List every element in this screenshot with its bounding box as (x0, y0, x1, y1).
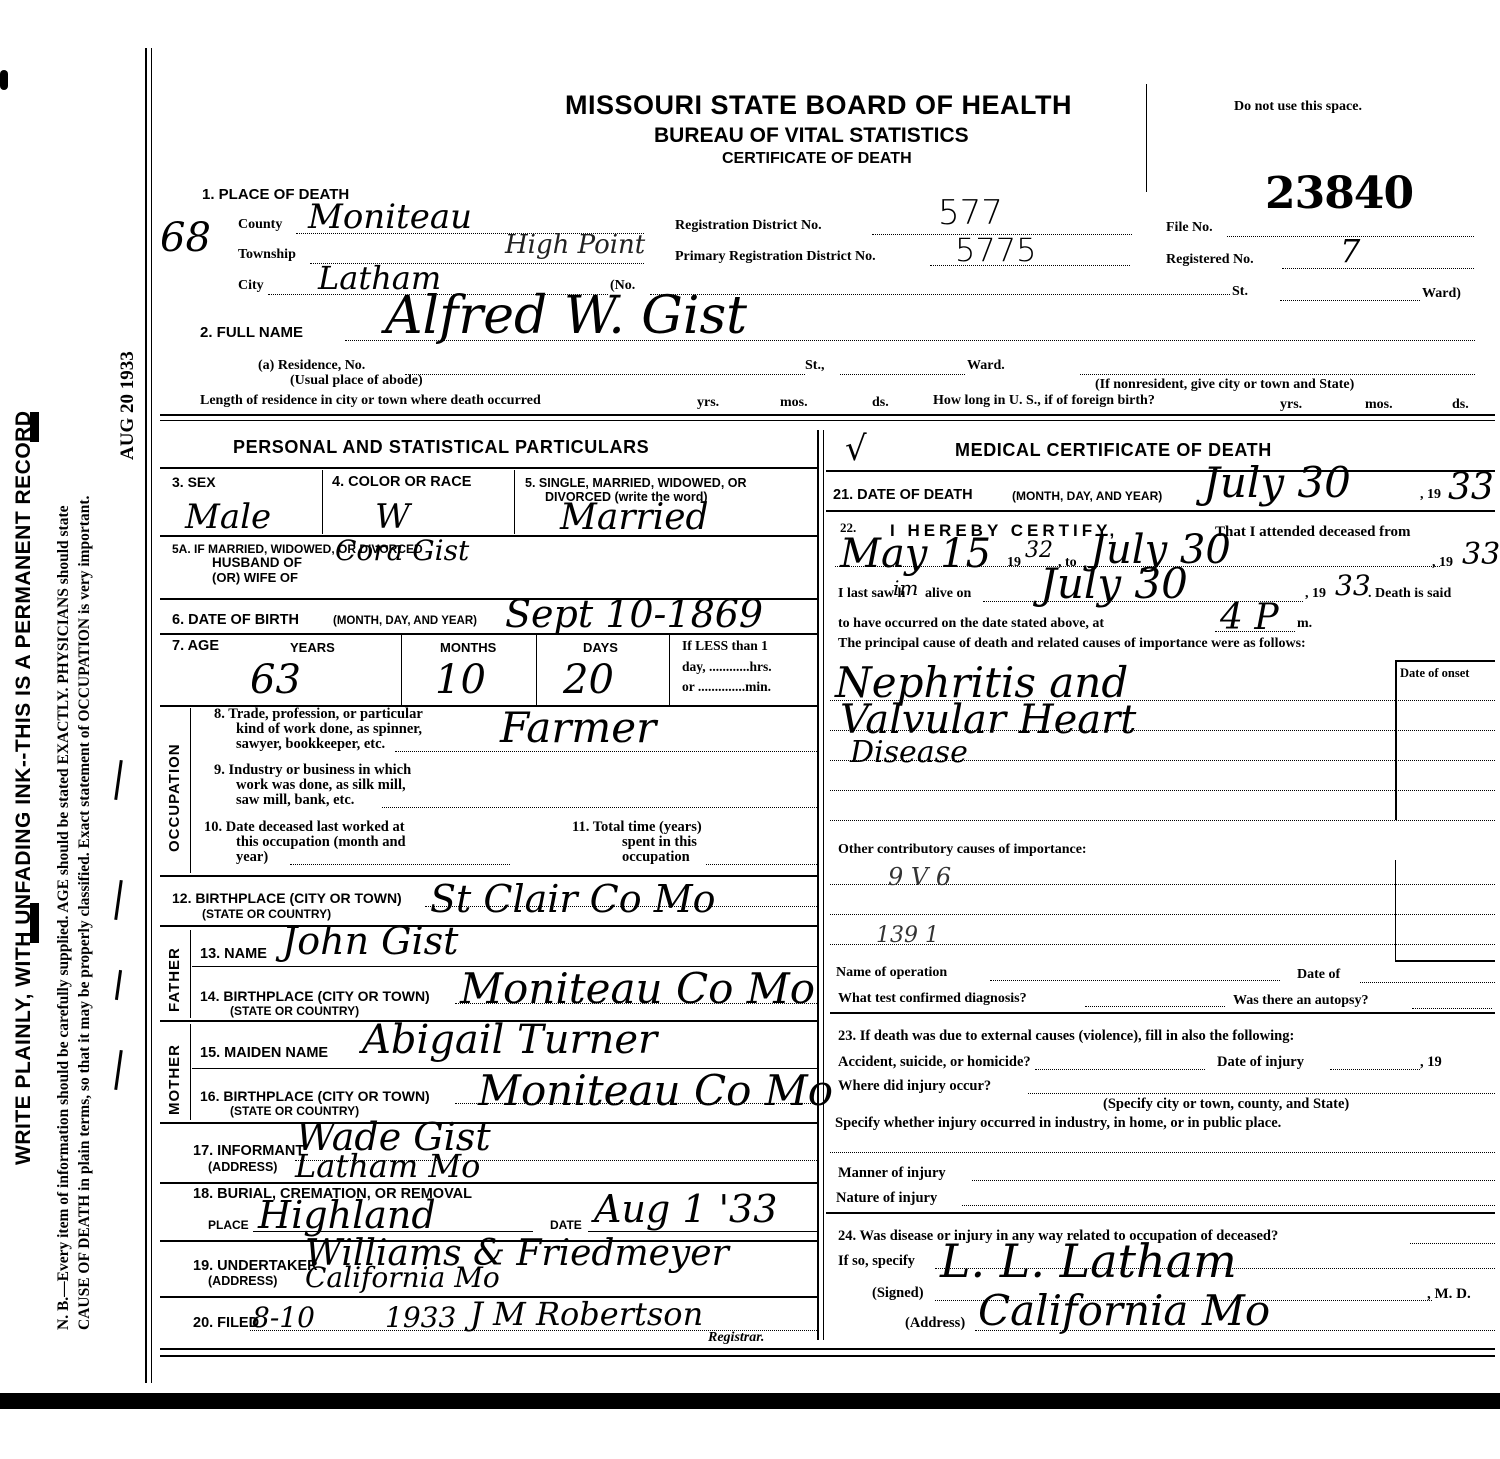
registered-no-label: Registered No. (1166, 252, 1254, 268)
days-label: DAYS (583, 640, 618, 655)
father-birthplace-label-1: 14. BIRTHPLACE (CITY OR TOWN) (200, 988, 430, 1004)
row-divider (826, 510, 1495, 512)
reserved-note: Do not use this space. (1234, 99, 1362, 115)
test-field[interactable] (1085, 1006, 1225, 1007)
column-divider (817, 430, 819, 1340)
city-label: City (238, 278, 264, 294)
burial-place-label: PLACE (208, 1218, 249, 1232)
registered-no-value[interactable]: 7 (1340, 235, 1360, 267)
margin-code-1: 9 V 6 (888, 865, 951, 889)
row-divider (160, 1182, 817, 1184)
tally-mark (115, 970, 122, 1000)
tally-mark (114, 1050, 123, 1090)
section-divider (160, 414, 1495, 416)
physician-address-label: (Address) (905, 1315, 965, 1332)
external-label: 23. If death was due to external causes … (838, 1028, 1294, 1045)
specify-field[interactable] (830, 1152, 1495, 1153)
foreign-yrs-label: yrs. (1280, 397, 1302, 413)
cause-line (830, 820, 1495, 821)
time-suffix: m. (1297, 616, 1312, 632)
onset-box-bottom (1395, 960, 1495, 962)
where-field[interactable] (1028, 1093, 1495, 1094)
autopsy-label: Was there an autopsy? (1233, 993, 1368, 1009)
operation-date-field[interactable] (1360, 982, 1495, 983)
last-saw-year-prefix: , 19 (1305, 586, 1326, 602)
where-sub-label: (Specify city or town, county, and State… (1103, 1096, 1349, 1113)
file-no-label: File No. (1166, 220, 1213, 236)
death-said-label: . Death is said (1368, 586, 1451, 602)
trade-label-3: sawyer, bookkeeper, etc. (236, 736, 385, 753)
physician-signature: L. L. Latham (940, 1238, 1237, 1284)
informant-address-value[interactable]: Latham Mo (295, 1150, 480, 1182)
where-label: Where did injury occur? (838, 1078, 991, 1095)
row-divider (160, 925, 817, 927)
foreign-mos-label: mos. (1365, 397, 1393, 413)
cause-intro: The principal cause of death and related… (838, 636, 1306, 652)
reg-district-label: Registration District No. (675, 218, 822, 234)
primary-reg-district-label: Primary Registration District No. (675, 249, 876, 265)
form-left-border-inner (151, 48, 152, 1383)
birthplace-label-1: 12. BIRTHPLACE (CITY OR TOWN) (172, 890, 402, 906)
birthplace-value[interactable]: St Clair Co Mo (430, 880, 715, 918)
total-time-field[interactable] (706, 864, 817, 865)
township-label: Township (238, 247, 296, 263)
occupation-related-field[interactable] (1410, 1243, 1495, 1244)
sex-label: 3. SEX (172, 474, 216, 490)
father-name-value[interactable]: John Gist (282, 922, 458, 960)
onset-box-left (1395, 860, 1396, 960)
less-label-2: day, ............hrs. (682, 659, 772, 675)
cell-divider (669, 635, 670, 705)
if-so-specify-label: If so, specify (838, 1253, 915, 1270)
race-label: 4. COLOR OR RACE (332, 474, 471, 490)
dod-year-value[interactable]: 33 (1448, 470, 1494, 506)
personal-section-title: PERSONAL AND STATISTICAL PARTICULARS (233, 437, 649, 458)
accident-label: Accident, suicide, or homicide? (838, 1054, 1031, 1071)
spouse-value[interactable]: Cora Gist (335, 537, 469, 565)
months-label: MONTHS (440, 640, 496, 655)
row-divider (160, 535, 817, 537)
mother-bracket (190, 1024, 191, 1120)
certificate-number: 23840 (1265, 168, 1413, 219)
burial-date-line (588, 1231, 817, 1232)
registered-no-dots (1282, 268, 1474, 269)
race-value[interactable]: W (375, 500, 410, 534)
dod-sub-label: (MONTH, DAY, AND YEAR) (1012, 489, 1162, 503)
column-divider-inner (823, 430, 824, 1340)
occupation-bracket (190, 708, 191, 873)
row-divider (160, 467, 817, 469)
cause-line (830, 790, 1495, 791)
undertaker-address-label: (ADDRESS) (208, 1274, 277, 1288)
note-line-2: CAUSE OF DEATH in plain terms, so that i… (76, 496, 94, 1330)
county-label: County (238, 217, 282, 233)
row-divider (826, 470, 1495, 472)
less-label-3: or ..............min. (682, 679, 771, 695)
header-divider (1146, 84, 1147, 192)
section-divider (160, 420, 1495, 421)
margin-code-2: 139 1 (876, 925, 939, 947)
row-divider (826, 1212, 1495, 1214)
cell-divider (322, 470, 323, 534)
date-injury-label: Date of injury (1217, 1054, 1304, 1071)
undertaker-label: 19. UNDERTAKER (193, 1258, 318, 1274)
date-injury-year: , 19 (1420, 1054, 1442, 1071)
industry-label-3: saw mill, bank, etc. (236, 792, 354, 809)
foreign-birth-label: How long in U. S., if of foreign birth? (933, 393, 1155, 409)
date-of-onset-label: Date of onset (1400, 666, 1469, 681)
mos-label: mos. (780, 395, 808, 411)
last-saw-year-value[interactable]: 33 (1335, 572, 1371, 600)
ds-label: ds. (872, 395, 889, 411)
nonresident-note: (If nonresident, give city or town and S… (1095, 377, 1354, 393)
accident-field[interactable] (1035, 1069, 1205, 1070)
informant-address-label: (ADDRESS) (208, 1160, 277, 1174)
attended-from-value[interactable]: May 15 (840, 534, 991, 574)
st-label: St. (1232, 284, 1248, 300)
filed-year-value[interactable]: 1933 (385, 1304, 456, 1332)
nature-label: Nature of injury (836, 1190, 937, 1207)
md-label: , M. D. (1427, 1286, 1471, 1303)
occurred-label: to have occurred on the date stated abov… (838, 616, 1104, 632)
residence-dots (405, 374, 805, 375)
tally-mark (114, 760, 123, 800)
signed-label: (Signed) (872, 1285, 924, 1302)
form-left-border (145, 48, 147, 1383)
onset-box-top (1395, 660, 1495, 662)
mother-birthplace-value[interactable]: Moniteau Co Mo (478, 1070, 833, 1112)
row-divider (160, 633, 817, 635)
informant-label: 17. INFORMANT (193, 1143, 304, 1159)
spouse-label-3: (OR) WIFE OF (212, 570, 298, 585)
bottom-rule (160, 1348, 1495, 1350)
primary-reg-district-value[interactable]: 5775 (955, 234, 1036, 266)
reg-district-value[interactable]: 577 (938, 196, 1003, 230)
certify-text: That I attended deceased from (1215, 524, 1411, 541)
township-value[interactable]: High Point (505, 232, 645, 258)
ink-blot-mark (30, 903, 39, 943)
filed-date-value[interactable]: 8-10 (252, 1304, 315, 1332)
tally-mark (114, 880, 123, 920)
nature-field[interactable] (962, 1205, 1495, 1206)
attended-to-year-prefix: , 19 (1432, 555, 1453, 571)
permanent-record-instruction: WRITE PLAINLY, WITH UNFADING INK--THIS I… (12, 411, 36, 1166)
nonresident-dots (1080, 374, 1475, 375)
age-years-value[interactable]: 63 (250, 660, 301, 700)
dod-label: 21. DATE OF DEATH (833, 487, 973, 503)
dod-value[interactable]: July 30 (1203, 462, 1351, 504)
form-subtitle: BUREAU OF VITAL STATISTICS (654, 124, 969, 148)
row-divider (830, 1012, 1495, 1014)
note-line-1: N. B.—Every item of information should b… (55, 506, 73, 1331)
dod-year-prefix: , 19 (1420, 487, 1441, 503)
date-injury-field[interactable] (1330, 1069, 1420, 1070)
cell-divider (514, 470, 515, 534)
maiden-name-value[interactable]: Abigail Turner (362, 1020, 657, 1060)
undertaker-address-value[interactable]: California Mo (305, 1264, 500, 1292)
length-residence-label: Length of residence in city or town wher… (200, 393, 541, 409)
date-of-label: Date of (1297, 967, 1340, 983)
residence-sub: (Usual place of abode) (290, 373, 423, 389)
margin-note: 68 (160, 218, 211, 258)
age-days-value[interactable]: 20 (563, 660, 614, 700)
foreign-ds-label: ds. (1452, 397, 1469, 413)
last-worked-label-3: year) (236, 849, 268, 866)
mother-side-label: MOTHER (166, 1044, 183, 1115)
trade-value[interactable]: Farmer (500, 707, 656, 749)
age-label: 7. AGE (172, 638, 219, 654)
operation-field[interactable] (990, 980, 1280, 981)
residence-label: (a) Residence, No. (258, 358, 365, 374)
industry-field[interactable] (382, 807, 817, 808)
manner-field[interactable] (972, 1180, 1495, 1181)
sex-value[interactable]: Male (185, 500, 271, 534)
mother-birthplace-label-1: 16. BIRTHPLACE (CITY OR TOWN) (200, 1088, 430, 1104)
years-label: YEARS (290, 640, 335, 655)
yrs-label: yrs. (697, 395, 719, 411)
marital-value[interactable]: Married (560, 500, 709, 536)
burial-place-value[interactable]: Highland (258, 1196, 436, 1234)
dob-value[interactable]: Sept 10-1869 (505, 595, 763, 633)
cause-line-3-value[interactable]: Disease (850, 738, 968, 768)
attended-from-year-prefix: 19 (1007, 555, 1021, 571)
binder-hole-mark (0, 70, 8, 90)
county-value[interactable]: Moniteau (308, 200, 472, 234)
dob-sub-label: (MONTH, DAY, AND YEAR) (333, 615, 477, 627)
burial-date-label: DATE (550, 1218, 582, 1232)
registrar-signature: J M Robertson (470, 1298, 703, 1330)
burial-date-value[interactable]: Aug 1 '33 (594, 1190, 777, 1228)
residence-ward-label: Ward. (967, 358, 1005, 374)
maiden-name-label: 15. MAIDEN NAME (200, 1045, 328, 1061)
filed-label: 20. FILED (193, 1315, 259, 1331)
check-mark: √ (845, 432, 867, 466)
last-worked-field[interactable] (290, 864, 510, 865)
form-title: MISSOURI STATE BOARD OF HEALTH (565, 90, 1072, 121)
father-birthplace-label-2: (STATE OR COUNTRY) (230, 1004, 359, 1018)
full-name-label: 2. FULL NAME (200, 324, 303, 341)
last-saw-date-value[interactable]: July 30 (1040, 563, 1188, 605)
contributory-label: Other contributory causes of importance: (838, 842, 1087, 858)
alive-on-label: alive on (925, 586, 971, 602)
cell-divider (401, 635, 402, 705)
father-name-label: 13. NAME (200, 946, 267, 962)
specify-label: Specify whether injury occurred in indus… (835, 1115, 1281, 1132)
father-bracket (190, 930, 191, 1018)
spouse-label-2: HUSBAND OF (212, 555, 302, 570)
dob-label: 6. DATE OF BIRTH (172, 612, 299, 628)
father-birthplace-value[interactable]: Moniteau Co Mo (460, 968, 815, 1010)
document-type: CERTIFICATE OF DEATH (722, 150, 912, 168)
cause-line-2-value[interactable]: Valvular Heart (840, 700, 1136, 740)
occupation-side-label: OCCUPATION (166, 743, 183, 852)
cell-divider (536, 635, 537, 705)
onset-box-left (1395, 660, 1397, 820)
last-saw-pronoun[interactable]: im (893, 578, 918, 598)
father-side-label: FATHER (166, 947, 183, 1012)
operation-label: Name of operation (836, 965, 947, 981)
manner-label: Manner of injury (838, 1165, 946, 1182)
test-label: What test confirmed diagnosis? (838, 991, 1027, 1007)
full-name-value[interactable]: Alfred W. Gist (385, 290, 747, 342)
residence-ward-dots (840, 374, 965, 375)
time-value[interactable]: 4 P (1220, 600, 1279, 636)
ink-blot-mark (30, 412, 39, 442)
ward-dots (1280, 300, 1420, 301)
residence-st-label: St., (805, 358, 824, 374)
total-time-label-3: occupation (622, 849, 690, 866)
marital-label-1: 5. SINGLE, MARRIED, WIDOWED, OR (525, 476, 747, 490)
physician-address-value[interactable]: California Mo (978, 1290, 1270, 1332)
received-date-stamp: AUG 20 1933 (117, 351, 139, 460)
autopsy-field[interactable] (1412, 1008, 1492, 1009)
attended-to-year-value[interactable]: 33 (1462, 540, 1500, 570)
ward-label: Ward) (1422, 286, 1461, 302)
less-label-1: If LESS than 1 (682, 638, 768, 654)
scan-edge-bar (0, 1393, 1500, 1409)
bottom-rule (160, 1355, 1495, 1357)
registrar-label: Registrar. (708, 1330, 764, 1346)
age-months-value[interactable]: 10 (435, 660, 486, 700)
